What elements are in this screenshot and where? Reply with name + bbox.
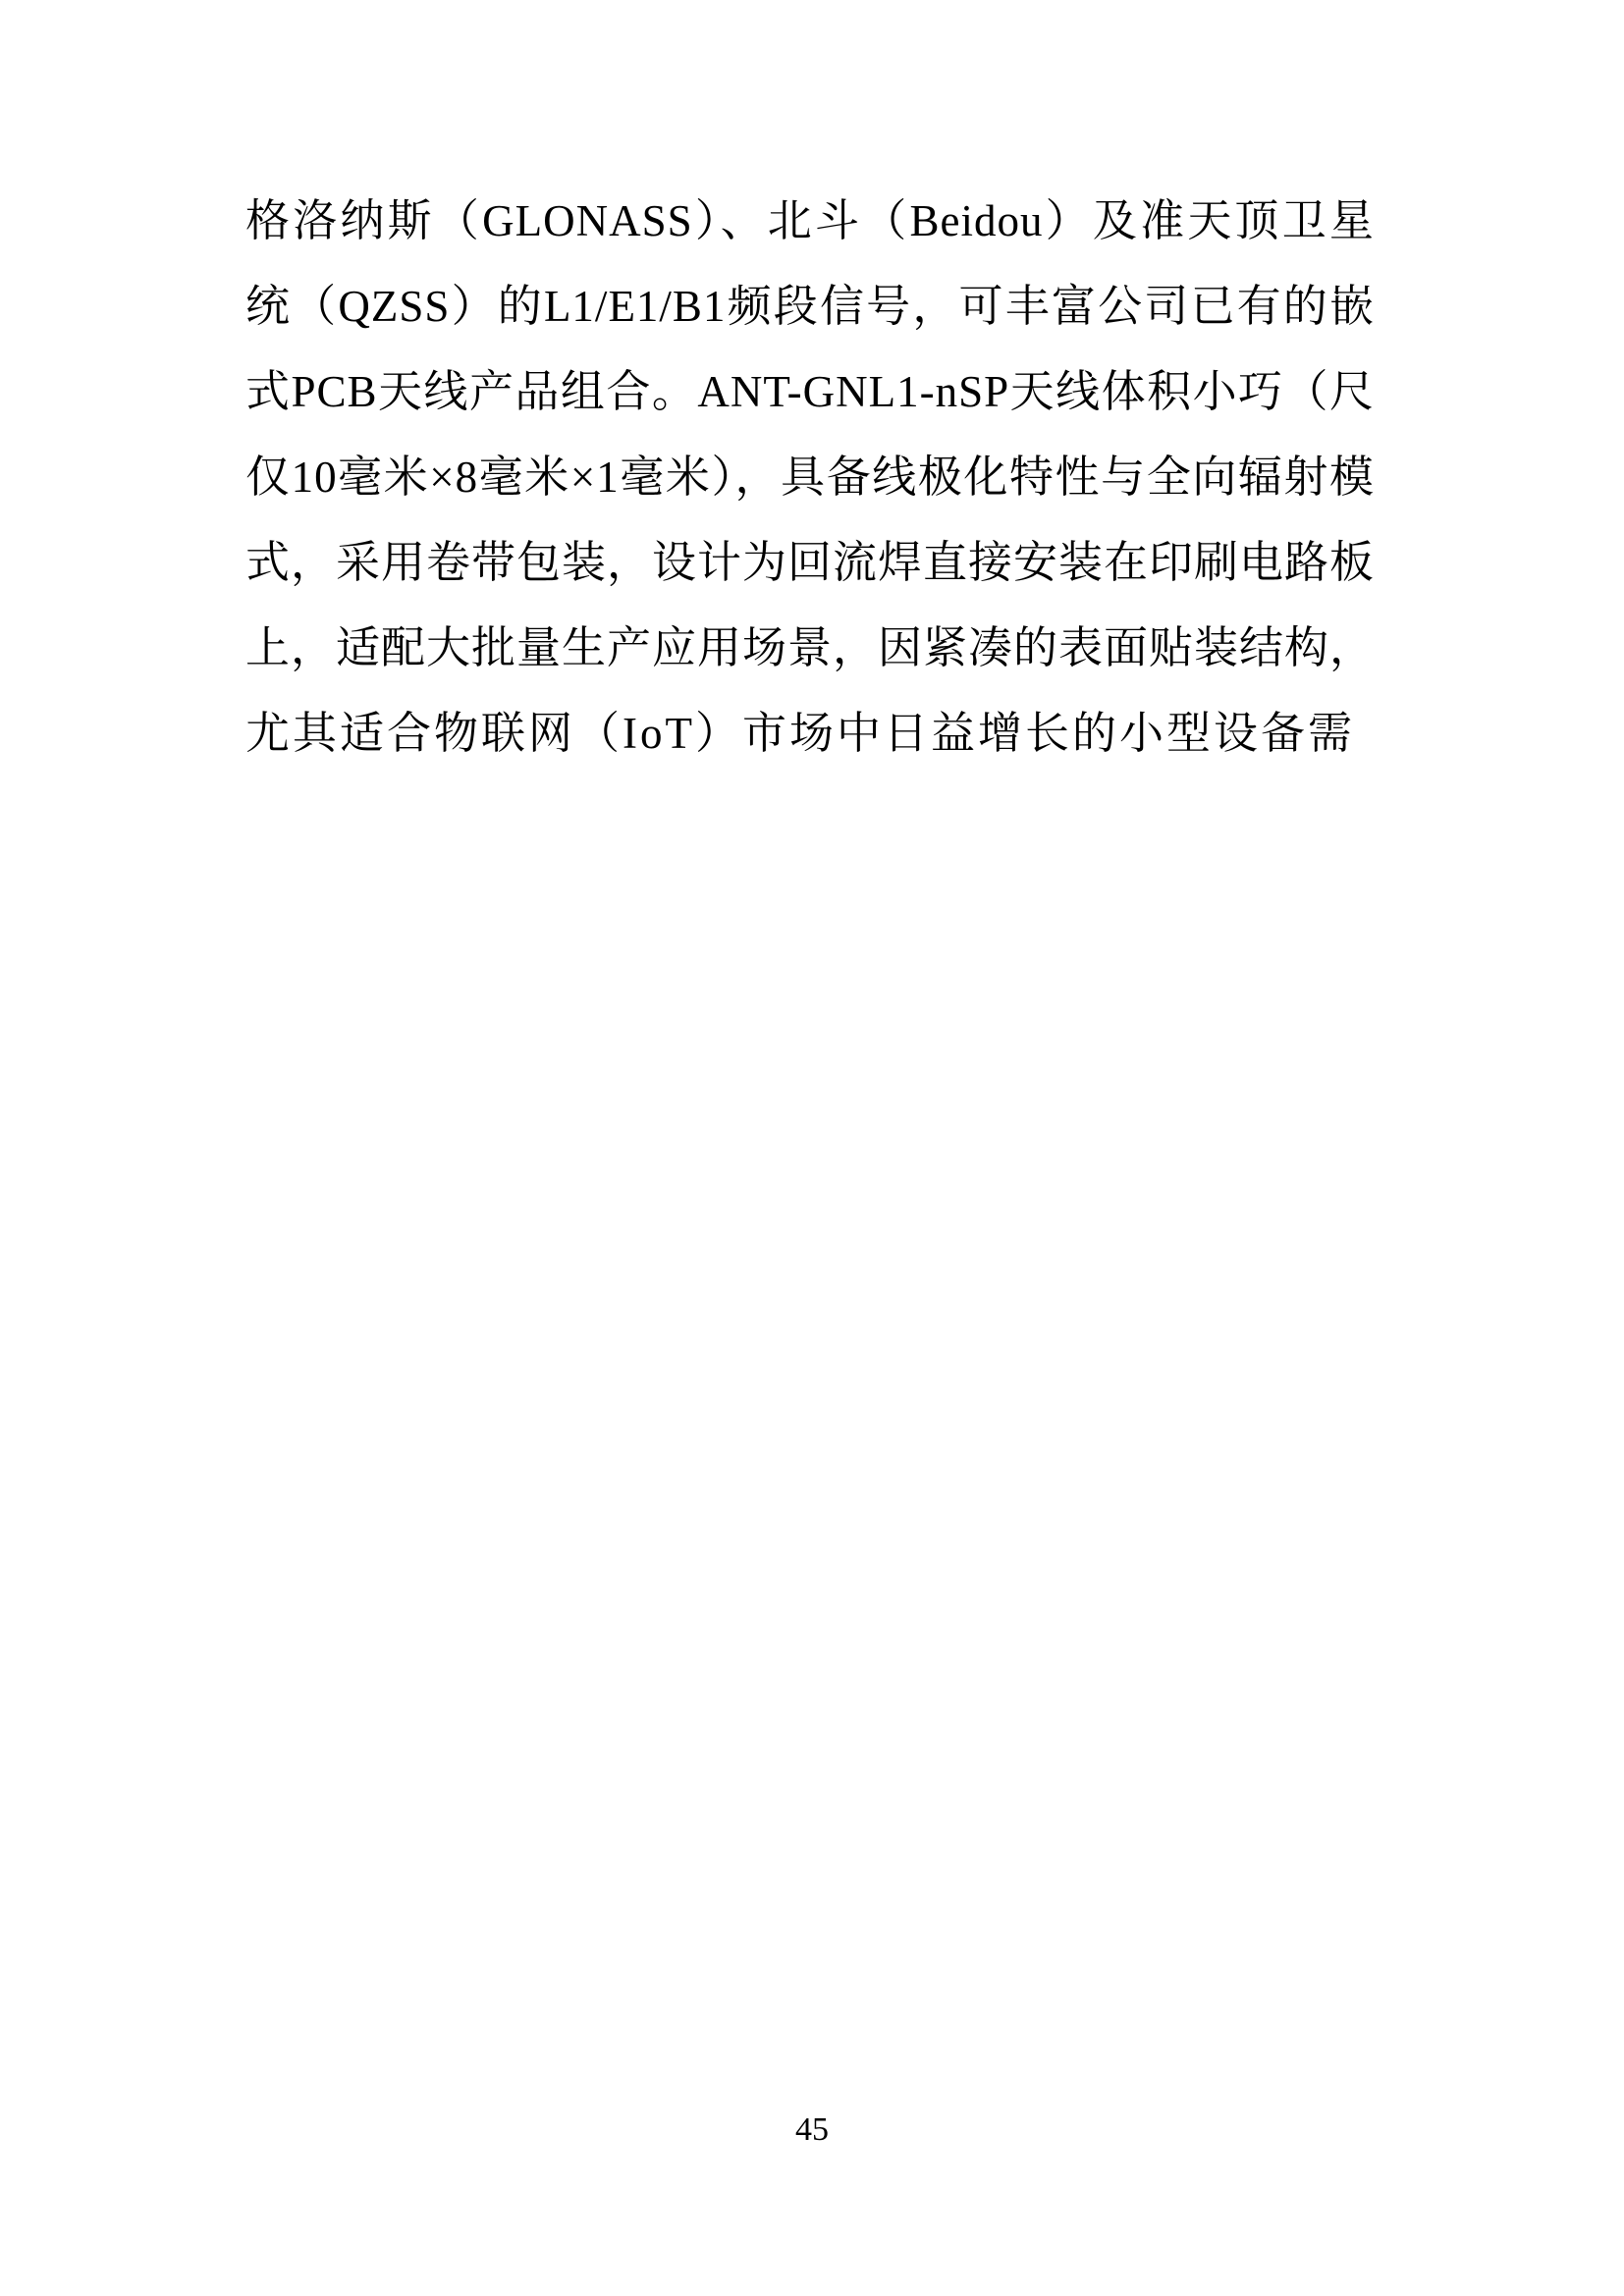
paragraph-line: 上，适配大批量生产应用场景，因紧凑的表面贴装结构，: [245, 606, 1375, 691]
body-paragraph: 格洛纳斯（GLONASS）、北斗（Beidou）及准天顶卫星系 统（QZSS）的…: [245, 179, 1375, 776]
paragraph-line: 式PCB天线产品组合。ANT-GNL1-nSP天线体积小巧（尺寸: [245, 349, 1375, 435]
document-page: 格洛纳斯（GLONASS）、北斗（Beidou）及准天顶卫星系 统（QZSS）的…: [0, 0, 1624, 2296]
paragraph-line: 仅10毫米×8毫米×1毫米），具备线极化特性与全向辐射模: [245, 435, 1375, 520]
paragraph-line: 统（QZSS）的L1/E1/B1频段信号，可丰富公司已有的嵌入: [245, 264, 1375, 349]
paragraph-line: 格洛纳斯（GLONASS）、北斗（Beidou）及准天顶卫星系: [245, 179, 1375, 264]
paragraph-line: 式，采用卷带包装，设计为回流焊直接安装在印刷电路板: [245, 520, 1375, 606]
paragraph-line: 尤其适合物联网（IoT）市场中日益增长的小型设备需求。: [245, 691, 1375, 776]
page-number: 45: [0, 2110, 1624, 2150]
